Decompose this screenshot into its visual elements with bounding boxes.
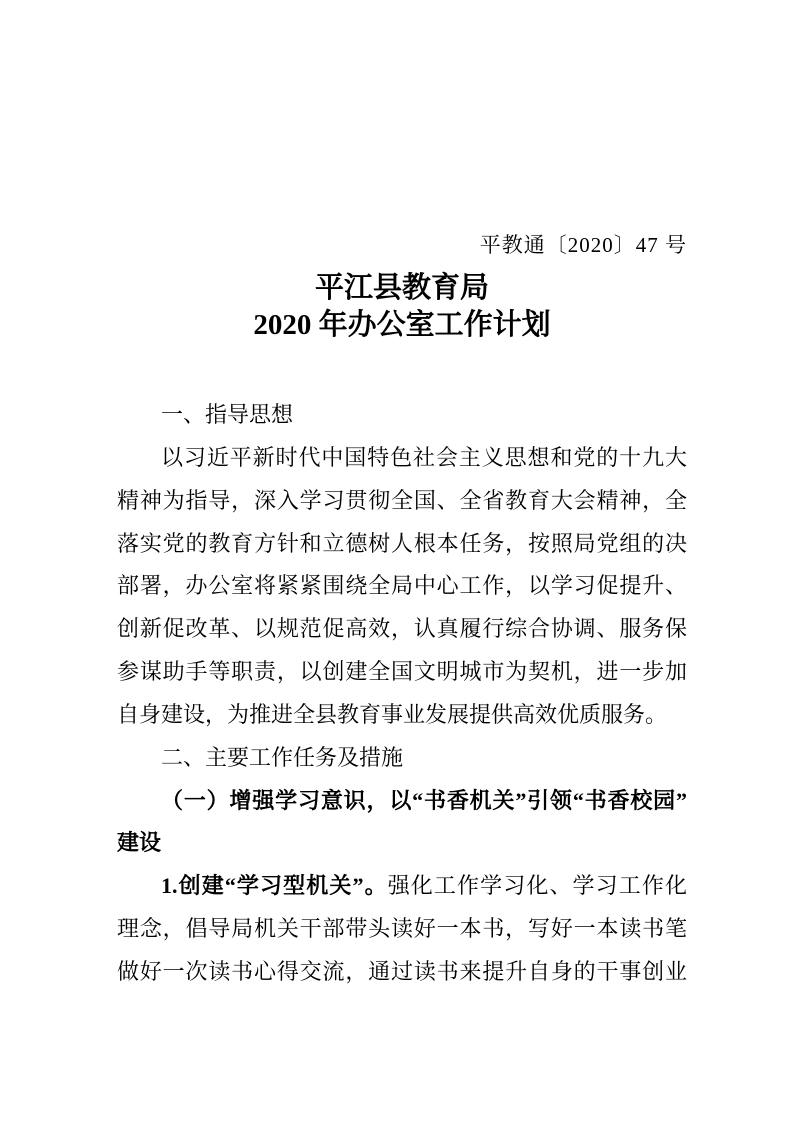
title-line-1: 平江县教育局 bbox=[117, 270, 687, 307]
document-body: 一、指导思想 以习近平新时代中国特色社会主义思想和党的十九大 精神为指导，深入学… bbox=[117, 394, 687, 994]
document-number: 平教通〔2020〕47 号 bbox=[117, 231, 687, 259]
section-1-heading: 一、指导思想 bbox=[117, 394, 687, 437]
paragraph-line: 以习近平新时代中国特色社会主义思想和党的十九大 bbox=[117, 437, 687, 480]
paragraph-line: 自身建设，为推进全县教育事业发展提供高效优质服务。 bbox=[117, 694, 687, 737]
paragraph-line: 理念，倡导局机关干部带头读好一本书，写好一本读书笔记， bbox=[117, 908, 687, 951]
subsection-1-heading-line: 建设 bbox=[117, 822, 687, 865]
item-1-text: 强化工作学习化、学习工作化 bbox=[388, 873, 687, 898]
title-line-2: 2020 年办公室工作计划 bbox=[117, 307, 687, 344]
paragraph-line: 做好一次读书心得交流，通过读书来提升自身的干事创业能 bbox=[117, 951, 687, 994]
paragraph-line: 部署，办公室将紧紧围绕全局中心工作，以学习促提升、以 bbox=[117, 565, 687, 608]
section-2-heading: 二、主要工作任务及措施 bbox=[117, 737, 687, 780]
paragraph-line: 落实党的教育方针和立德树人根本任务，按照局党组的决策 bbox=[117, 523, 687, 566]
item-1-title: 1.创建“学习型机关”。 bbox=[161, 873, 388, 898]
paragraph-line: 精神为指导，深入学习贯彻全国、全省教育大会精神，全面 bbox=[117, 480, 687, 523]
subsection-1-heading-line: （一）增强学习意识，以“书香机关”引领“书香校园” bbox=[117, 780, 687, 823]
document-page: 平教通〔2020〕47 号 平江县教育局 2020 年办公室工作计划 一、指导思… bbox=[0, 0, 793, 1122]
paragraph-line: 创新促改革、以规范促高效，认真履行综合协调、服务保障、 bbox=[117, 608, 687, 651]
paragraph-line: 参谋助手等职责，以创建全国文明城市为契机，进一步加强 bbox=[117, 651, 687, 694]
document-title: 平江县教育局 2020 年办公室工作计划 bbox=[117, 270, 687, 344]
item-1-line: 1.创建“学习型机关”。强化工作学习化、学习工作化 bbox=[117, 865, 687, 908]
